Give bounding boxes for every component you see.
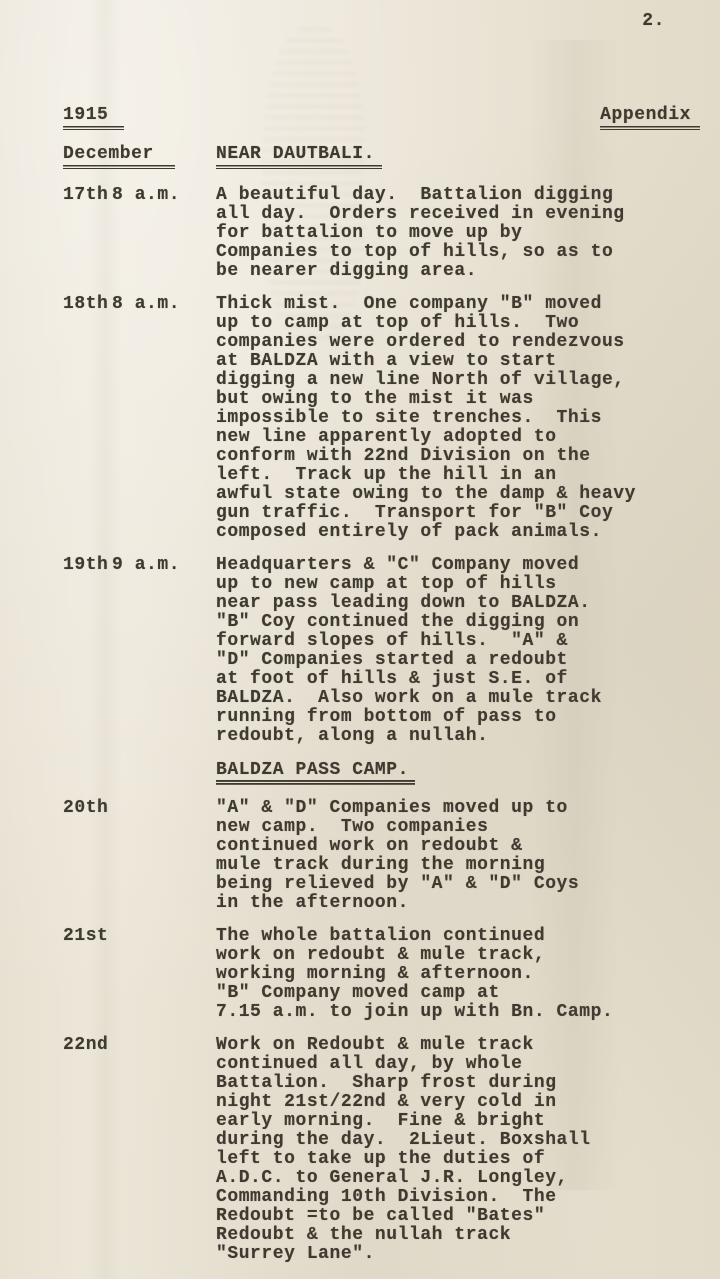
diary-entry: 20th "A" & "D" Companies moved up to new… xyxy=(0,799,720,913)
entry-date: 21st xyxy=(63,927,112,946)
appendix-label: Appendix xyxy=(600,106,700,130)
entry-text: The whole battalion continued work on re… xyxy=(216,927,720,1022)
entry-text: "A" & "D" Companies moved up to new camp… xyxy=(216,799,720,913)
entry-date: 17th xyxy=(63,186,112,205)
month-heading-row: December NEAR DAUTBALI. xyxy=(0,145,720,169)
entry-date: 20th xyxy=(63,799,112,818)
entry-text: A beautiful day. Battalion digging all d… xyxy=(216,186,720,281)
document-page: 2. 1915 Appendix December NEAR DAUTBALI.… xyxy=(0,0,720,1279)
camp-heading-row: BALDZA PASS CAMP. xyxy=(0,761,720,785)
entry-date: 19th xyxy=(63,556,112,575)
camp-heading: BALDZA PASS CAMP. xyxy=(216,761,415,785)
entry-date: 18th xyxy=(63,295,112,314)
year-label: 1915 xyxy=(63,106,124,130)
entry-date: 22nd xyxy=(63,1036,112,1055)
diary-entry: 21st The whole battalion continued work … xyxy=(0,927,720,1022)
diary-entry: 19th 9 a.m. Headquarters & "C" Company m… xyxy=(0,556,720,746)
month-label: December xyxy=(63,145,175,169)
header-row: 1915 Appendix xyxy=(0,106,720,130)
diary-entry: 17th 8 a.m. A beautiful day. Battalion d… xyxy=(0,186,720,281)
entry-time: 8 a.m. xyxy=(112,295,216,314)
page-number: 2. xyxy=(642,12,665,31)
entry-text: Thick mist. One company "B" moved up to … xyxy=(216,295,720,542)
diary-entry: 22nd Work on Redoubt & mule track contin… xyxy=(0,1036,720,1264)
location-heading: NEAR DAUTBALI. xyxy=(216,145,382,169)
entry-text: Work on Redoubt & mule track continued a… xyxy=(216,1036,720,1264)
entry-time: 9 a.m. xyxy=(112,556,216,575)
diary-entry: 18th 8 a.m. Thick mist. One company "B" … xyxy=(0,295,720,542)
entry-text: Headquarters & "C" Company moved up to n… xyxy=(216,556,720,746)
month-cell: December xyxy=(63,145,216,169)
entry-time: 8 a.m. xyxy=(112,186,216,205)
